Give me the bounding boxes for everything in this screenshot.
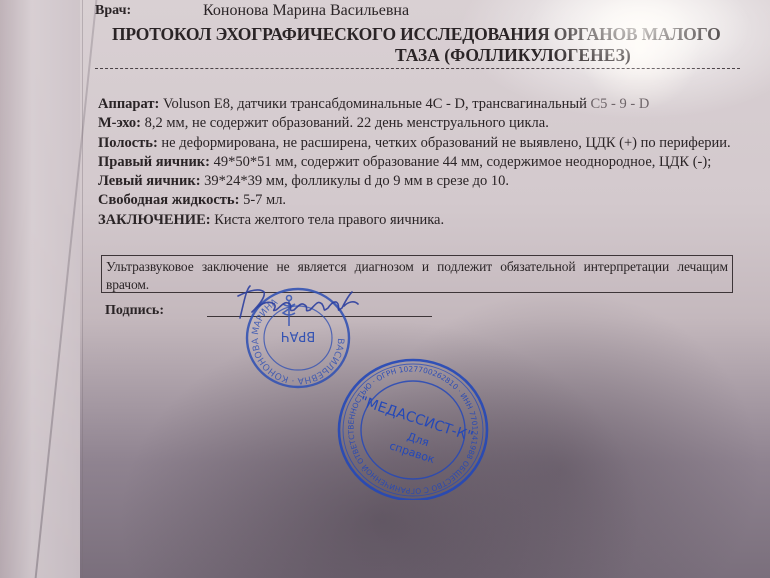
document-title: ПРОТОКОЛ ЭХОГРАФИЧЕСКОГО ИССЛЕДОВАНИЯ ОР… xyxy=(112,24,732,45)
exam-fields: Аппарат: Voluson E8, датчики трансабдоми… xyxy=(98,95,748,230)
field-label: Полость: xyxy=(98,135,158,151)
doctor-name: Кононова Марина Васильевна xyxy=(203,2,409,20)
disclaimer-notice: Ультразвуковое заключение не является ди… xyxy=(101,255,733,293)
field-label: Свободная жидкость: xyxy=(98,192,239,208)
field-apparatus: Аппарат: Voluson E8, датчики трансабдоми… xyxy=(98,95,748,114)
field-label: Аппарат: xyxy=(98,96,159,112)
field-value: Киста желтого тела правого яичника. xyxy=(211,212,445,228)
field-label: Левый яичник: xyxy=(98,173,201,189)
field-free-fluid: Свободная жидкость: 5-7 мл. xyxy=(98,191,748,210)
field-value-faint: C5 - 9 - D xyxy=(590,96,649,112)
field-value: 49*50*51 мм, содержит образование 44 мм,… xyxy=(210,154,711,170)
field-value: Voluson E8, датчики трансабдоминальные 4… xyxy=(159,96,590,112)
field-label: Правый яичник: xyxy=(98,154,210,170)
ultrasound-protocol-document: Врач: Кононова Марина Васильевна ПРОТОКО… xyxy=(0,0,770,578)
field-value: 39*24*39 мм, фолликулы d до 9 мм в срезе… xyxy=(201,173,510,189)
field-value: не деформирована, не расширена, четких о… xyxy=(158,135,731,151)
field-label: М-эхо: xyxy=(98,115,141,131)
company-stamp-line2: справок xyxy=(388,439,437,466)
doctor-stamp-center-text: ВРАЧ xyxy=(281,328,316,343)
field-value: 5-7 мл. xyxy=(239,192,286,208)
field-left-ovary: Левый яичник: 39*24*39 мм, фолликулы d д… xyxy=(98,172,748,191)
field-right-ovary: Правый яичник: 49*50*51 мм, содержит обр… xyxy=(98,153,748,172)
field-value: 8,2 мм, не содержит образований. 22 день… xyxy=(141,115,549,131)
field-conclusion: ЗАКЛЮЧЕНИЕ: Киста желтого тела правого я… xyxy=(98,211,748,230)
company-stamp-line1: Для xyxy=(405,430,430,449)
field-cavity: Полость: не деформирована, не расширена,… xyxy=(98,134,748,153)
company-stamp-name: "МЕДАССИСТ-К" xyxy=(358,393,475,445)
company-stamp: ОБЩЕСТВО С ОГРАНИЧЕННОЙ ОТВЕТСТВЕННОСТЬЮ… xyxy=(333,355,493,500)
svg-text:ОБЩЕСТВО С ОГРАНИЧЕННОЙ ОТВЕТС: ОБЩЕСТВО С ОГРАНИЧЕННОЙ ОТВЕТСТВЕННОСТЬЮ… xyxy=(333,355,493,500)
handwritten-signature xyxy=(230,282,370,322)
doctor-label: Врач: xyxy=(95,3,131,19)
document-title-line2: ТАЗА (ФОЛЛИКУЛОГЕНЕЗ) xyxy=(395,45,631,66)
signature-label: Подпись: xyxy=(105,303,164,319)
field-label: ЗАКЛЮЧЕНИЕ: xyxy=(98,212,211,228)
field-m-echo: М-эхо: 8,2 мм, не содержит образований. … xyxy=(98,114,748,133)
company-stamp-ring-text: ОБЩЕСТВО С ОГРАНИЧЕННОЙ ОТВЕТСТВЕННОСТЬЮ… xyxy=(333,355,493,500)
dashed-divider xyxy=(95,68,740,69)
